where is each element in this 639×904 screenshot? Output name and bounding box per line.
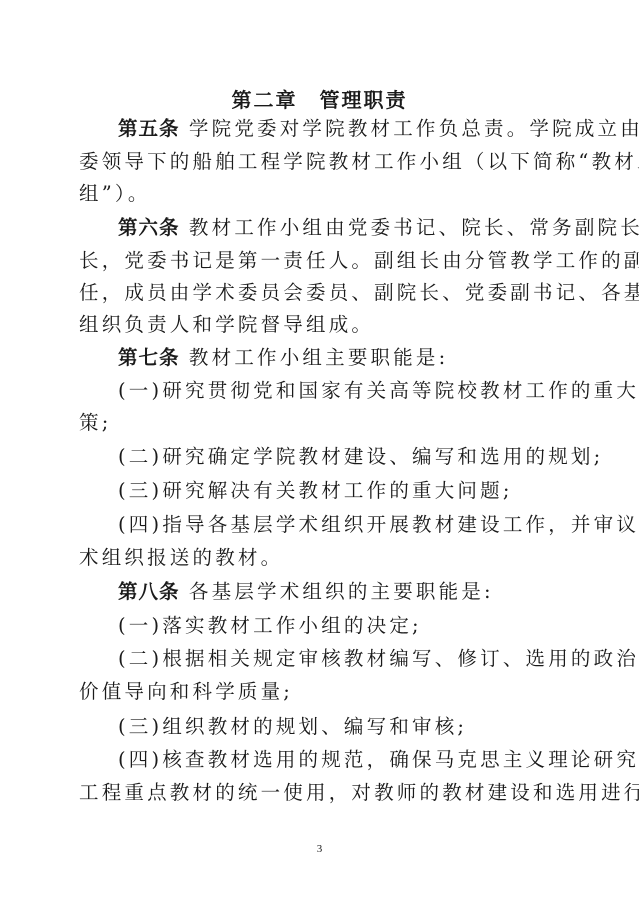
chapter-number: 第二章 — [232, 88, 298, 112]
article-7-item-3: (三)研究解决有关教材工作的重大问题; — [118, 479, 563, 503]
article-7-item-1-line-1: (一)研究贯彻党和国家有关高等院校教材工作的重大方针政 — [118, 379, 563, 403]
article-5-line-1: 第五条 学院党委对学院教材工作负总责。学院成立由学院党 — [118, 117, 563, 141]
article-8-line-1: 第八条 各基层学术组织的主要职能是: — [118, 580, 563, 604]
article-6-line-1: 第六条 教材工作小组由党委书记、院长、常务副院长担任组 — [118, 216, 563, 240]
article-7-item-1-line-2: 策; — [79, 411, 563, 435]
article-6-line-3: 任，成员由学术委员会委员、副院长、党委副书记、各基层学术 — [79, 281, 563, 305]
article-8-item-2-line-1: (二)根据相关规定审核教材编写、修订、选用的政治方向、 — [118, 647, 563, 671]
article-8-item-4-line-2: 工程重点教材的统一使用，对教师的教材建设和选用进行监督检 — [79, 781, 563, 805]
chapter-heading: 第二章管理职责 — [0, 84, 639, 113]
article-7-item-2: (二)研究确定学院教材建设、编写和选用的规划; — [118, 445, 563, 469]
article-8-item-1: (一)落实教材工作小组的决定; — [118, 614, 563, 638]
article-8-item-4-line-1: (四)核查教材选用的规范，确保马克思主义理论研究和建设 — [118, 748, 563, 772]
article-7-item-4-line-2: 术组织报送的教材。 — [79, 546, 563, 570]
article-6-line-4: 组织负责人和学院督导组成。 — [79, 313, 563, 337]
article-8-item-3: (三)组织教材的规划、编写和审核; — [118, 715, 563, 739]
article-label: 第八条 — [118, 580, 180, 603]
chapter-title: 管理职责 — [320, 88, 408, 112]
article-5-line-3: 组”）。 — [79, 182, 563, 206]
article-8-item-2-line-2: 价值导向和科学质量; — [79, 680, 563, 704]
article-6-line-2: 长，党委书记是第一责任人。副组长由分管教学工作的副院长担 — [79, 249, 563, 273]
article-label: 第五条 — [118, 117, 180, 140]
article-7-line-1: 第七条 教材工作小组主要职能是: — [118, 346, 563, 370]
document-page: 第二章管理职责 第五条 学院党委对学院教材工作负总责。学院成立由学院党 委领导下… — [0, 0, 639, 904]
article-label: 第六条 — [118, 216, 180, 239]
article-label: 第七条 — [118, 346, 180, 369]
article-7-item-4-line-1: (四)指导各基层学术组织开展教材建设工作，并审议基层学 — [118, 513, 563, 537]
page-number: 3 — [0, 843, 639, 855]
article-5-line-2: 委领导下的船舶工程学院教材工作小组（以下简称“教材工作小 — [79, 150, 563, 174]
